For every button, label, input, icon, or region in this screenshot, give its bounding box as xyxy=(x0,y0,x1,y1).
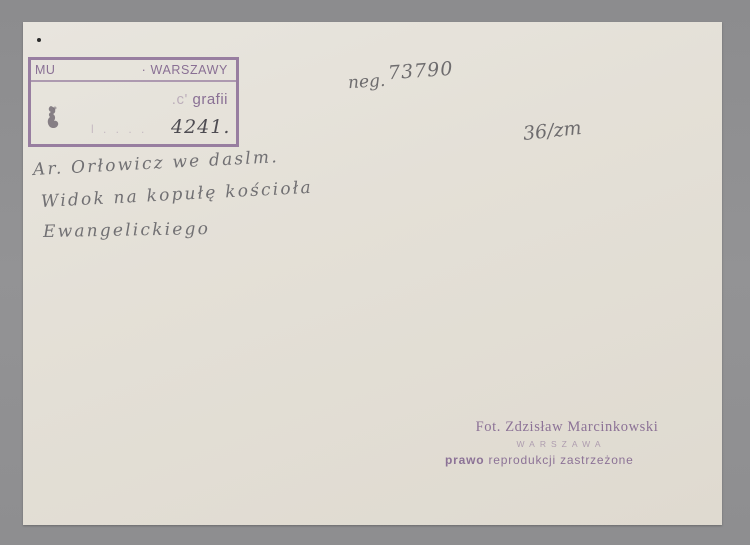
description-line-3: Ewangelickiego xyxy=(43,219,210,242)
description-line-2: Widok na kopułę kościoła xyxy=(40,178,313,212)
photographer-name: Fot. Zdzisław Marcinkowski xyxy=(453,419,681,436)
stamp-department-faint: .c' xyxy=(172,91,188,108)
stamp-department: .c' grafii xyxy=(172,91,228,108)
ink-dot-mark xyxy=(37,38,41,42)
photographer-city: WARSZAWA xyxy=(441,439,681,449)
stamp-department-text: grafii xyxy=(192,91,228,108)
photographer-stamp: Fot. Zdzisław Marcinkowski WARSZAWA praw… xyxy=(441,419,681,467)
description-line-1: Ar. Orłowicz we daslm. xyxy=(32,147,279,180)
negative-number: 73790 xyxy=(387,58,454,85)
stamp-divider-line xyxy=(31,80,236,82)
reproduction-rights-notice: prawo reprodukcji zastrzeżone xyxy=(445,453,681,467)
stamp-city: · WARSZAWY xyxy=(142,63,228,77)
catalog-code: 36/zm xyxy=(522,117,583,145)
negative-label: neg. xyxy=(347,71,386,94)
stamp-museum-abbrev: MU xyxy=(35,63,55,77)
stamp-faint-label: l . . . . xyxy=(91,122,147,136)
rights-bold-word: prawo xyxy=(445,453,484,467)
museum-stamp: MU · WARSZAWY .c' grafii l . . . . 4241. xyxy=(28,57,239,147)
inventory-number: 4241. xyxy=(171,116,230,138)
mermaid-emblem-icon xyxy=(46,104,60,130)
photo-card-verso: MU · WARSZAWY .c' grafii l . . . . 4241.… xyxy=(23,22,722,525)
rights-rest: reprodukcji zastrzeżone xyxy=(488,453,633,467)
